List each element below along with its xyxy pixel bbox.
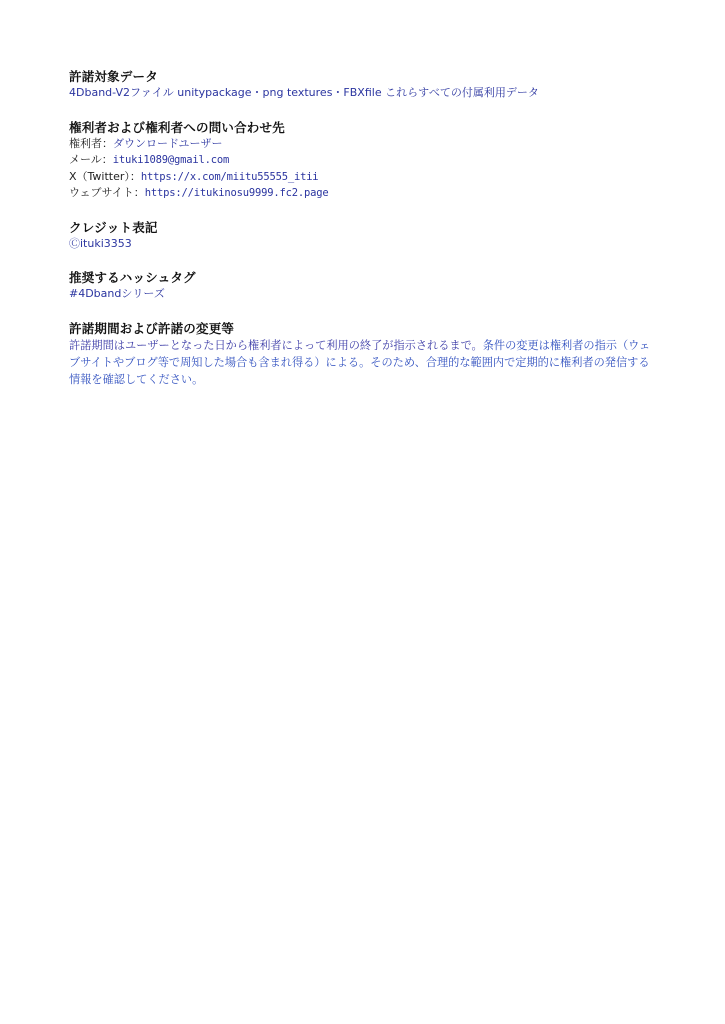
website-label: ウェブサイト： — [69, 186, 145, 199]
email-link[interactable]: ituki1089@gmail.com — [113, 154, 229, 166]
license-document: 許諾対象データ 4Dband-V2ファイル unitypackage・png t… — [69, 68, 669, 405]
hashtag-value: #4Dbandシリーズ — [69, 286, 669, 303]
section-licensed-data: 許諾対象データ 4Dband-V2ファイル unitypackage・png t… — [69, 68, 669, 102]
contact-row-website: ウェブサイト：https://itukinosu9999.fc2.page — [69, 185, 669, 202]
email-label: メール： — [69, 153, 113, 166]
heading-hashtag: 推奨するハッシュタグ — [69, 269, 669, 286]
section-credit: クレジット表記 Ⓒituki3353 — [69, 219, 669, 253]
twitter-link[interactable]: https://x.com/miitu55555_itii — [141, 171, 319, 183]
section-hashtag: 推奨するハッシュタグ #4Dbandシリーズ — [69, 269, 669, 303]
section-contact: 権利者および権利者への問い合わせ先 権利者：ダウンロードユーザー メール：itu… — [69, 119, 669, 202]
heading-contact: 権利者および権利者への問い合わせ先 — [69, 119, 669, 136]
heading-period: 許諾期間および許諾の変更等 — [69, 320, 669, 337]
heading-credit: クレジット表記 — [69, 219, 669, 236]
contact-row-twitter: X（Twitter）：https://x.com/miitu55555_itii — [69, 169, 669, 186]
contact-row-owner: 権利者：ダウンロードユーザー — [69, 136, 669, 153]
website-link[interactable]: https://itukinosu9999.fc2.page — [145, 187, 329, 199]
heading-licensed-data: 許諾対象データ — [69, 68, 669, 85]
period-text-duration: 許諾期間はユーザーとなった日から権利者によって利用の終了が指示されるまで。 — [69, 339, 483, 352]
licensed-data-value: 4Dband-V2ファイル unitypackage・png textures・… — [69, 85, 669, 102]
period-paragraph: 許諾期間はユーザーとなった日から権利者によって利用の終了が指示されるまで。条件の… — [69, 337, 659, 388]
owner-label: 権利者： — [69, 137, 113, 150]
section-period: 許諾期間および許諾の変更等 許諾期間はユーザーとなった日から権利者によって利用の… — [69, 320, 669, 388]
contact-row-email: メール：ituki1089@gmail.com — [69, 152, 669, 169]
credit-value: Ⓒituki3353 — [69, 236, 669, 253]
owner-value: ダウンロードユーザー — [113, 137, 223, 150]
twitter-label: X（Twitter）： — [69, 170, 141, 183]
